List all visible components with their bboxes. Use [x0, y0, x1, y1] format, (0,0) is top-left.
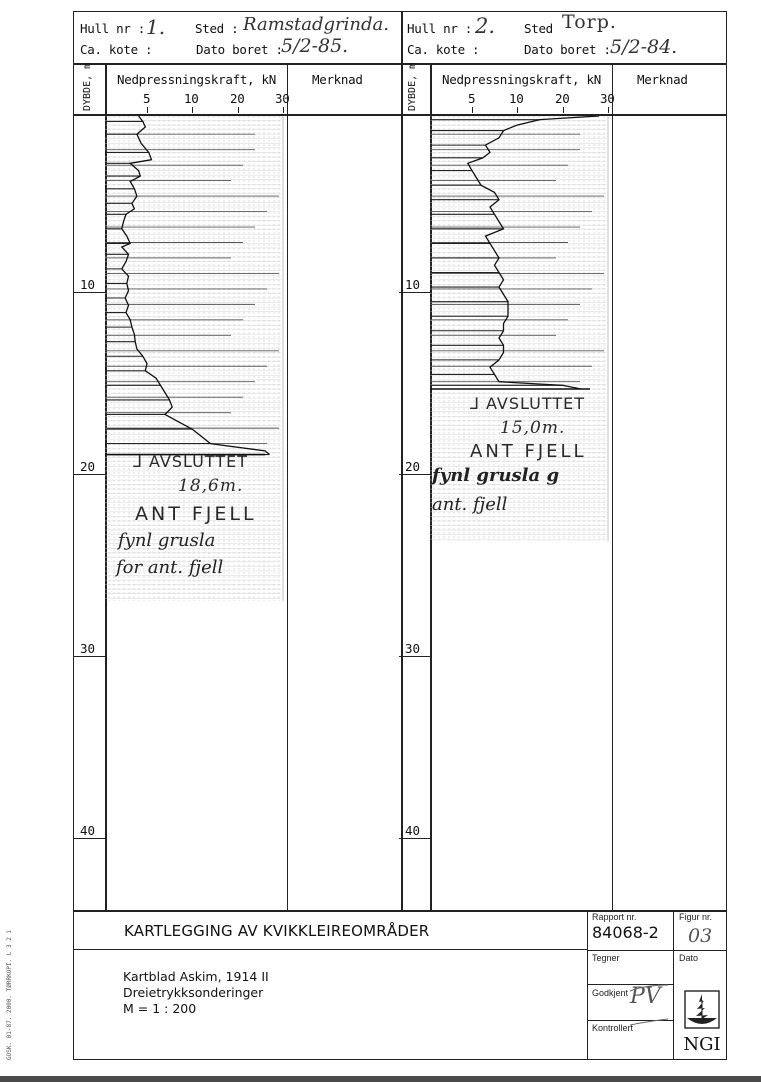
- sted-label-2: Sted: [524, 21, 553, 36]
- document-title: KARTLEGGING AV KVIKKLEIREOMRÅDER: [124, 922, 429, 940]
- dato-boret-label-1: Dato boret :: [196, 42, 283, 57]
- note-1-line-3: ANT FJELL: [135, 503, 257, 525]
- title-separator: [73, 949, 587, 950]
- force-tick-mark: [147, 107, 148, 113]
- depth-gridline: [74, 838, 105, 839]
- depth-label-10: 10: [80, 277, 95, 292]
- force-tick-mark: [563, 107, 564, 113]
- force-tick-mark: [517, 107, 518, 113]
- force-tick-mark: [472, 107, 473, 113]
- force-tick-label: 5: [468, 91, 475, 106]
- force-tick-mark: [608, 107, 609, 113]
- subtitle-line-1: Kartblad Askim, 1914 II: [123, 969, 269, 985]
- hull-nr-value-1: 1.: [146, 15, 165, 39]
- note-1-line-5: for ant. fjell: [116, 557, 223, 578]
- dato-boret-label-2: Dato boret :: [524, 42, 611, 57]
- dato-label: Dato: [679, 953, 698, 963]
- ca-kote-label-1: Ca. kote :: [80, 42, 152, 57]
- note-2-line-2: 15,0m.: [500, 418, 565, 438]
- depth-label-40: 40: [405, 823, 420, 838]
- rapport-number: 84068-2: [592, 923, 659, 942]
- figur-label: Figur nr.: [679, 912, 712, 922]
- sted-label-1: Sted :: [195, 21, 238, 36]
- depth-gridline: [74, 474, 105, 475]
- dato-boret-value-1: 5/2-85.: [281, 35, 348, 57]
- force-tick-mark: [283, 107, 284, 113]
- ngi-logo: NGI: [683, 990, 721, 1056]
- depth-label-20: 20: [405, 459, 420, 474]
- depth-gridline: [399, 474, 430, 475]
- title-block-vertical-2: [673, 910, 674, 1060]
- merknad-column-left-2: [612, 64, 613, 910]
- depth-gridline: [399, 838, 430, 839]
- depth-label-20: 20: [80, 459, 95, 474]
- force-tick-label: 10: [184, 91, 198, 106]
- force-tick-label: 10: [509, 91, 523, 106]
- depth-gridline: [399, 656, 430, 657]
- depth-axis-label-2: DYBDE, m: [407, 63, 418, 111]
- force-tick-mark: [192, 107, 193, 113]
- merknad-column-left-1: [287, 64, 288, 910]
- depth-gridline: [74, 292, 105, 293]
- force-axis-title-1: Nedpressningskraft, kN: [117, 72, 276, 87]
- header-separator: [73, 63, 727, 65]
- dato-boret-value-2: 5/2-84.: [610, 36, 677, 58]
- subtitle-line-2: Dreietrykksonderinger: [123, 985, 269, 1001]
- force-tick-label: 5: [143, 91, 150, 106]
- depth-axis-label-1: DYBDE, m: [82, 63, 93, 111]
- force-axis-title-2: Nedpressningskraft, kN: [442, 72, 601, 87]
- title-block-hline-1: [587, 950, 727, 951]
- sted-value-2: Torp.: [562, 11, 617, 33]
- signature-stroke: [620, 983, 670, 1033]
- note-2-line-5: ant. fjell: [432, 494, 507, 515]
- depth-gridline: [74, 656, 105, 657]
- force-tick-mark: [238, 107, 239, 113]
- depth-label-10: 10: [405, 277, 420, 292]
- note-2-line-4: fynl grusla g: [432, 465, 559, 486]
- depth-label-30: 30: [405, 641, 420, 656]
- hull-nr-value-2: 2.: [475, 14, 495, 38]
- force-tick-label: 20: [555, 91, 569, 106]
- note-2-line-1: ⅃ AVSLUTTET: [470, 394, 585, 413]
- figur-number: 03: [688, 925, 712, 947]
- merknad-header-2: Merknad: [637, 72, 688, 87]
- hull-nr-label-1: Hull nr :: [80, 21, 145, 36]
- note-2-line-3: ANT FJELL: [470, 441, 587, 462]
- note-1-line-4: fynl grusla: [118, 530, 215, 551]
- force-tick-label: 20: [230, 91, 244, 106]
- subtitle-line-3: M = 1 : 200: [123, 1001, 269, 1017]
- ca-kote-label-2: Ca. kote :: [407, 42, 479, 57]
- scanned-document: { "document": { "title": "KARTLEGGING AV…: [0, 0, 761, 1082]
- printer-note: GOSK. 01-87. 2000. TØRRKOPI. L 3 2 1: [6, 930, 13, 1060]
- depth-label-40: 40: [80, 823, 95, 838]
- scanner-edge: [0, 1076, 761, 1082]
- depth-label-30: 30: [80, 641, 95, 656]
- tree-icon: [683, 990, 721, 1030]
- merknad-header-1: Merknad: [312, 72, 363, 87]
- hull-nr-label-2: Hull nr :: [407, 21, 472, 36]
- note-1-line-2: 18,6m.: [178, 476, 243, 496]
- sted-value-1: Ramstadgrinda.: [243, 14, 389, 35]
- borehole-divider: [401, 11, 403, 911]
- document-subtitle: Kartblad Askim, 1914 II Dreietrykksonder…: [123, 969, 269, 1017]
- tegner-label: Tegner: [592, 953, 620, 963]
- ngi-logo-text: NGI: [683, 1035, 721, 1055]
- note-1-line-1: ⅃ AVSLUTTET: [133, 452, 248, 471]
- depth-gridline: [399, 292, 430, 293]
- rapport-label: Rapport nr.: [592, 912, 637, 922]
